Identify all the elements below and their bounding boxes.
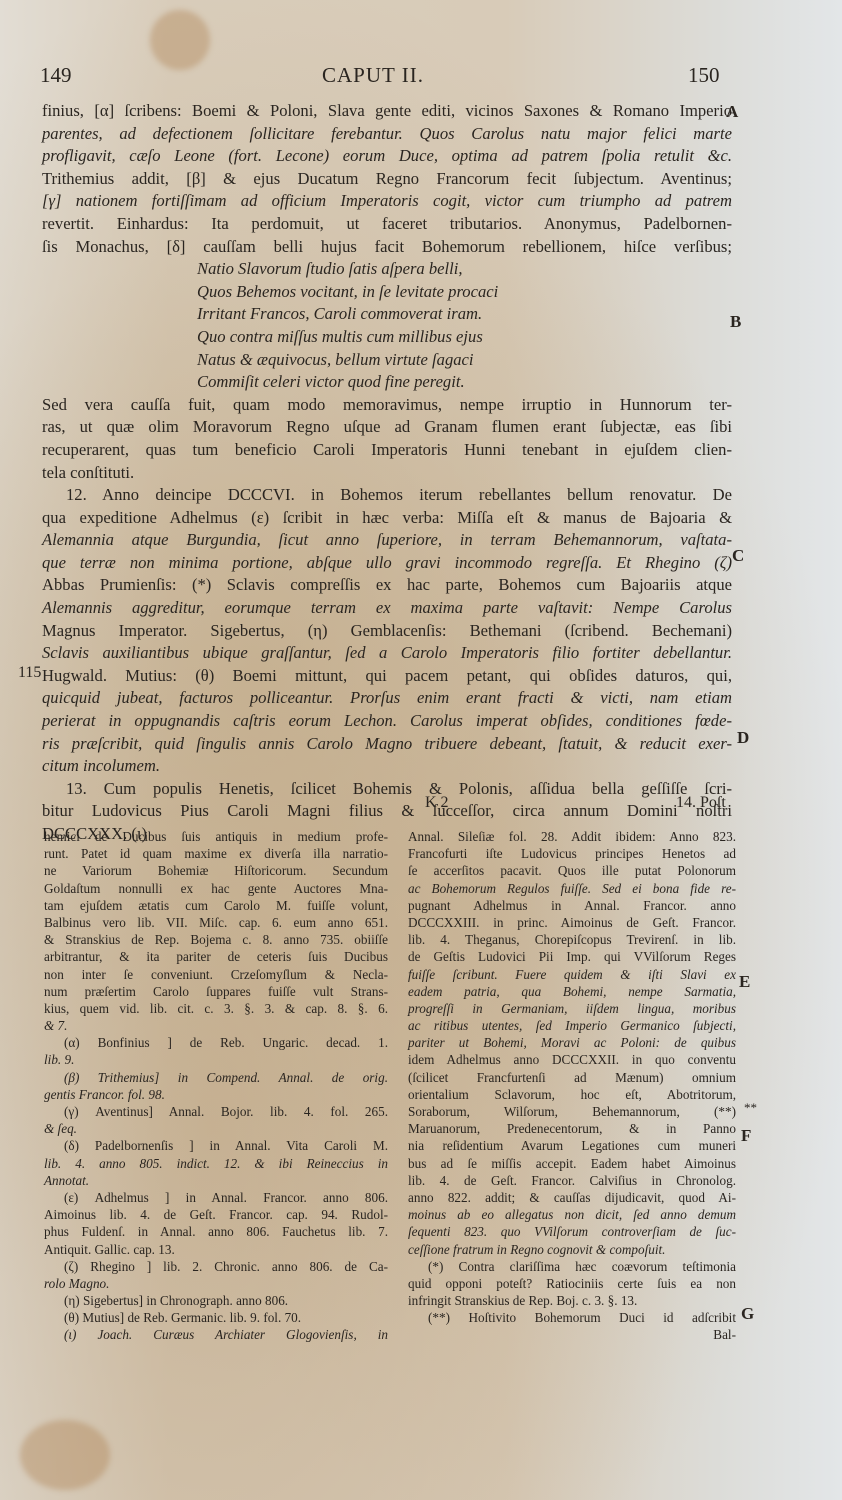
- catchword: 14. Poſt: [676, 794, 726, 812]
- paragraph-12-line: Alemannis aggreditur, eorumque terram ex…: [42, 597, 732, 620]
- paragraph-12-line: Magnus Imperator. Sigebertus, (η) Gembla…: [42, 620, 732, 643]
- margin-letter-e: E: [739, 972, 750, 992]
- footnote-line: Goldaſtum nonnulli ex hac gente Auctores…: [44, 880, 388, 897]
- text-line: recuperarent, quas tum beneficio Caroli …: [42, 439, 732, 462]
- footnote-theta: (θ) Mutius] de Reb. Germanic. lib. 9. fo…: [44, 1309, 388, 1326]
- footnote-line: Soraborum, Wilſorum, Behemannorum, (**): [408, 1103, 736, 1120]
- footnote-line: pugnant Adhelmus in Annal. Francor. anno: [408, 897, 736, 914]
- footnote-line: rolo Magno.: [44, 1275, 388, 1292]
- foxing-stain: [20, 1420, 110, 1490]
- page-number-right: 150: [688, 63, 720, 88]
- footnote-line: lib. 4. anno 805. indict. 12. & ibi Rein…: [44, 1155, 388, 1172]
- footnote-line: arbitrantur, & ita pariter de ceteris ſu…: [44, 948, 388, 965]
- footnote-line: & ſeq.: [44, 1120, 388, 1137]
- paragraph-13-line: 13. Cum populis Henetis, ſcilicet Bohemi…: [42, 778, 732, 801]
- footnote-line: eadem patria, qua Bohemi, nempe Sarmatia…: [408, 983, 736, 1000]
- footnote-double-asterisk: (**) Hoſtivito Bohemorum Duci id adſcrib…: [408, 1309, 736, 1326]
- paragraph-12-line: 12. Anno deincipe DCCCVI. in Bohemos ite…: [42, 484, 732, 507]
- chapter-title: CAPUT II.: [322, 63, 424, 88]
- footnote-line: ſequenti 823. quo VVilſorum controverſia…: [408, 1223, 736, 1240]
- footnote-eta: (η) Sigebertus] in Chronograph. anno 806…: [44, 1292, 388, 1309]
- footnote-line: Annotat.: [44, 1172, 388, 1189]
- paragraph-12-line: Hugwald. Mutius: (θ) Boemi mittunt, qui …: [42, 665, 732, 688]
- text-line: parentes, ad defectionem ſollicitare fer…: [42, 123, 732, 146]
- footnote-line: progreſſi in Germaniam, iiſdem lingua, m…: [408, 1000, 736, 1017]
- verse-line: Natus & æquivocus, bellum virtute ſagaci: [42, 349, 732, 372]
- footnote-line: ne Variorum Bohemiæ Hiſtoricorum. Secund…: [44, 862, 388, 879]
- footnote-line: ac ritibus utentes, ſed Imperio Germanic…: [408, 1017, 736, 1034]
- footnote-line: de Geſtis Ludovici Pii Imp. qui VVilſoru…: [408, 948, 736, 965]
- margin-line-number: 115: [18, 664, 41, 682]
- footnote-line: Annal. Sileſiæ fol. 28. Addit ibidem: An…: [408, 828, 736, 845]
- footnote-line: gentis Francor. fol. 98.: [44, 1086, 388, 1103]
- footnote-line: quid opponi poteſt? Ratiociniis certe ſu…: [408, 1275, 736, 1292]
- footnotes-left-column: hemici de Ducibus ſuis antiquis in mediu…: [44, 828, 388, 1344]
- text-line: tela conſtituti.: [42, 462, 732, 485]
- footnote-line: ſe accerſitos pacavit. Quos ille putat P…: [408, 862, 736, 879]
- text-line: ras, ut quæ olim Moravorum Regno uſque a…: [42, 416, 732, 439]
- paragraph-12-line: quicquid jubeat, facturos polliceantur. …: [42, 687, 732, 710]
- footnote-line: lib. 9.: [44, 1051, 388, 1068]
- footnote-line: runt. Patet id quam maxime ex diverſa il…: [44, 845, 388, 862]
- footnote-line: num præſertim Carolo ſuppares fuiſſe vul…: [44, 983, 388, 1000]
- paragraph-12-line: Sclavis auxiliantibus ubique graſſantur,…: [42, 642, 732, 665]
- verse-line: Natio Slavorum ſtudio ſatis aſpera belli…: [42, 258, 732, 281]
- footnote-alpha: (α) Bonfinius ] de Reb. Ungaric. decad. …: [44, 1034, 388, 1051]
- footnote-line: (ſcilicet Francfurtenſi ad Mænum) omnium: [408, 1069, 736, 1086]
- footnote-line: orientalium Sclavorum, hoc eſt, Abotrito…: [408, 1086, 736, 1103]
- footnote-line: ceſſione fratrum in Regno cognovit & com…: [408, 1241, 736, 1258]
- footnote-line: idem Adhelmus anno DCCCXXII. in quo conv…: [408, 1051, 736, 1068]
- footnote-line: & Stranskius de Rep. Bojema c. 8. anno 7…: [44, 931, 388, 948]
- footnote-delta: (δ) Padelbornenſis ] in Annal. Vita Caro…: [44, 1137, 388, 1154]
- paragraph-12-line: Abbas Prumienſis: (*) Sclavis compreſſis…: [42, 574, 732, 597]
- footnote-beta: (β) Trithemius] in Compend. Annal. de or…: [44, 1069, 388, 1086]
- paragraph-12-line: qua expeditione Adhelmus (ε) ſcribit in …: [42, 507, 732, 530]
- margin-double-asterisk: **: [744, 1100, 757, 1116]
- footnote-line: Antiquit. Gallic. cap. 13.: [44, 1241, 388, 1258]
- foxing-stain: [150, 10, 210, 70]
- paragraph-13-line: bitur Ludovicus Pius Caroli Magni filius…: [42, 800, 732, 823]
- text-line: [γ] nationem fortiſſimam ad officium Imp…: [42, 190, 732, 213]
- footnote-iota: (ι) Joach. Curæus Archiater Glogovienſis…: [44, 1326, 388, 1343]
- margin-letter-c: C: [732, 546, 744, 566]
- footnote-line: Maruanorum, Predenecentorum, & in Panno: [408, 1120, 736, 1137]
- running-header: 149 CAPUT II. 150: [0, 63, 842, 87]
- verse-line: Quos Behemos vocitant, in ſe levitate pr…: [42, 281, 732, 304]
- footnote-asterisk: (*) Contra clariſſima hæc coævorum teſti…: [408, 1258, 736, 1275]
- verse-line: Quo contra miſſus multis cum millibus ej…: [42, 326, 732, 349]
- paragraph-12-line: Alemannia atque Burgundia, ſicut anno ſu…: [42, 529, 732, 552]
- footnote-line: infringit Stranskius de Rep. Boj. c. 3. …: [408, 1292, 736, 1309]
- footnote-line: anno 822. addit; & cauſſas dijudicavit, …: [408, 1189, 736, 1206]
- text-line: ſis Monachus, [δ] cauſſam belli hujus fa…: [42, 236, 732, 259]
- paragraph-12-line: perierat in oppugnandis caſtris eorum Le…: [42, 710, 732, 733]
- footnote-line: tam ejuſdem ætatis cum Carolo M. fuiſſe …: [44, 897, 388, 914]
- footnote-line: phus Fuldenſ. in Annal. anno 806. Fauche…: [44, 1223, 388, 1240]
- margin-letter-d: D: [737, 728, 749, 748]
- footnote-line: kius, quem vid. lib. cit. c. 3. §. 3. & …: [44, 1000, 388, 1017]
- margin-letter-f: F: [741, 1126, 751, 1146]
- footnote-line: moinus ab eo allegatus non dicit, ſed an…: [408, 1206, 736, 1223]
- text-line: revertit. Einhardus: Ita perdomuit, ut f…: [42, 213, 732, 236]
- footnote-line: hemici de Ducibus ſuis antiquis in mediu…: [44, 828, 388, 845]
- footnote-line: DCCCXXIII. in princ. Aimoinus de Geſt. F…: [408, 914, 736, 931]
- footnote-catchword: Bal-: [408, 1326, 736, 1343]
- footnote-zeta: (ζ) Rhegino ] lib. 2. Chronic. anno 806.…: [44, 1258, 388, 1275]
- footnote-line: lib. 4. Theganus, Chorepiſcopus Treviren…: [408, 931, 736, 948]
- text-line: Trithemius addit, [β] & ejus Ducatum Reg…: [42, 168, 732, 191]
- paragraph-12-line: ris præſcribit, quid ſingulis annis Caro…: [42, 733, 732, 756]
- margin-letter-b: B: [730, 312, 741, 332]
- text-line: Sed vera cauſſa fuit, quam modo memoravi…: [42, 394, 732, 417]
- footnote-line: Francofurti iſte Ludovicus principes Hen…: [408, 845, 736, 862]
- margin-letter-g: G: [741, 1304, 754, 1324]
- text-line: profligavit, cæſo Leone (fort. Lecone) e…: [42, 145, 732, 168]
- footnote-line: fuiſſe ſcribunt. Fuere quidem & iſti Sla…: [408, 966, 736, 983]
- main-text: finius, [α] ſcribens: Boemi & Poloni, Sl…: [42, 100, 732, 846]
- paragraph-12-line: que terræ non minima portione, abſque ul…: [42, 552, 732, 575]
- footnote-line: nia reſidentium Avarum Legationes cum mu…: [408, 1137, 736, 1154]
- footnote-line: pariter ut Bohemi, Moravi ac Poloni: de …: [408, 1034, 736, 1051]
- footnote-epsilon: (ε) Adhelmus ] in Annal. Francor. anno 8…: [44, 1189, 388, 1206]
- paragraph-12-line: citum incolumem.: [42, 755, 732, 778]
- footnote-line: ac Bohemorum Regulos fuiſſe. Sed ei bona…: [408, 880, 736, 897]
- margin-letter-a: A: [726, 102, 738, 122]
- footnote-line: non inter ſe conveniunt. Crzeſomyſlum & …: [44, 966, 388, 983]
- footnote-gamma: (γ) Aventinus] Annal. Bojor. lib. 4. fol…: [44, 1103, 388, 1120]
- footnotes-right-column: Annal. Sileſiæ fol. 28. Addit ibidem: An…: [408, 828, 736, 1344]
- footnote-line: & 7.: [44, 1017, 388, 1034]
- page-number-left: 149: [40, 63, 72, 88]
- text-line: finius, [α] ſcribens: Boemi & Poloni, Sl…: [42, 100, 732, 123]
- verse-line: Irritant Francos, Caroli commoverat iram…: [42, 303, 732, 326]
- verse-line: Commiſit celeri victor quod fine peregit…: [42, 371, 732, 394]
- footnote-line: Aimoinus lib. 4. de Geſt. Francor. cap. …: [44, 1206, 388, 1223]
- footnote-line: Balbinus vero lib. VII. Miſc. cap. 6. eu…: [44, 914, 388, 931]
- footnote-line: bus ad ſe miſſis accepit. Eadem habet Ai…: [408, 1155, 736, 1172]
- footnote-line: lib. 4. de Geſt. Francor. Calviſius in C…: [408, 1172, 736, 1189]
- signature-mark: K 2: [425, 794, 449, 812]
